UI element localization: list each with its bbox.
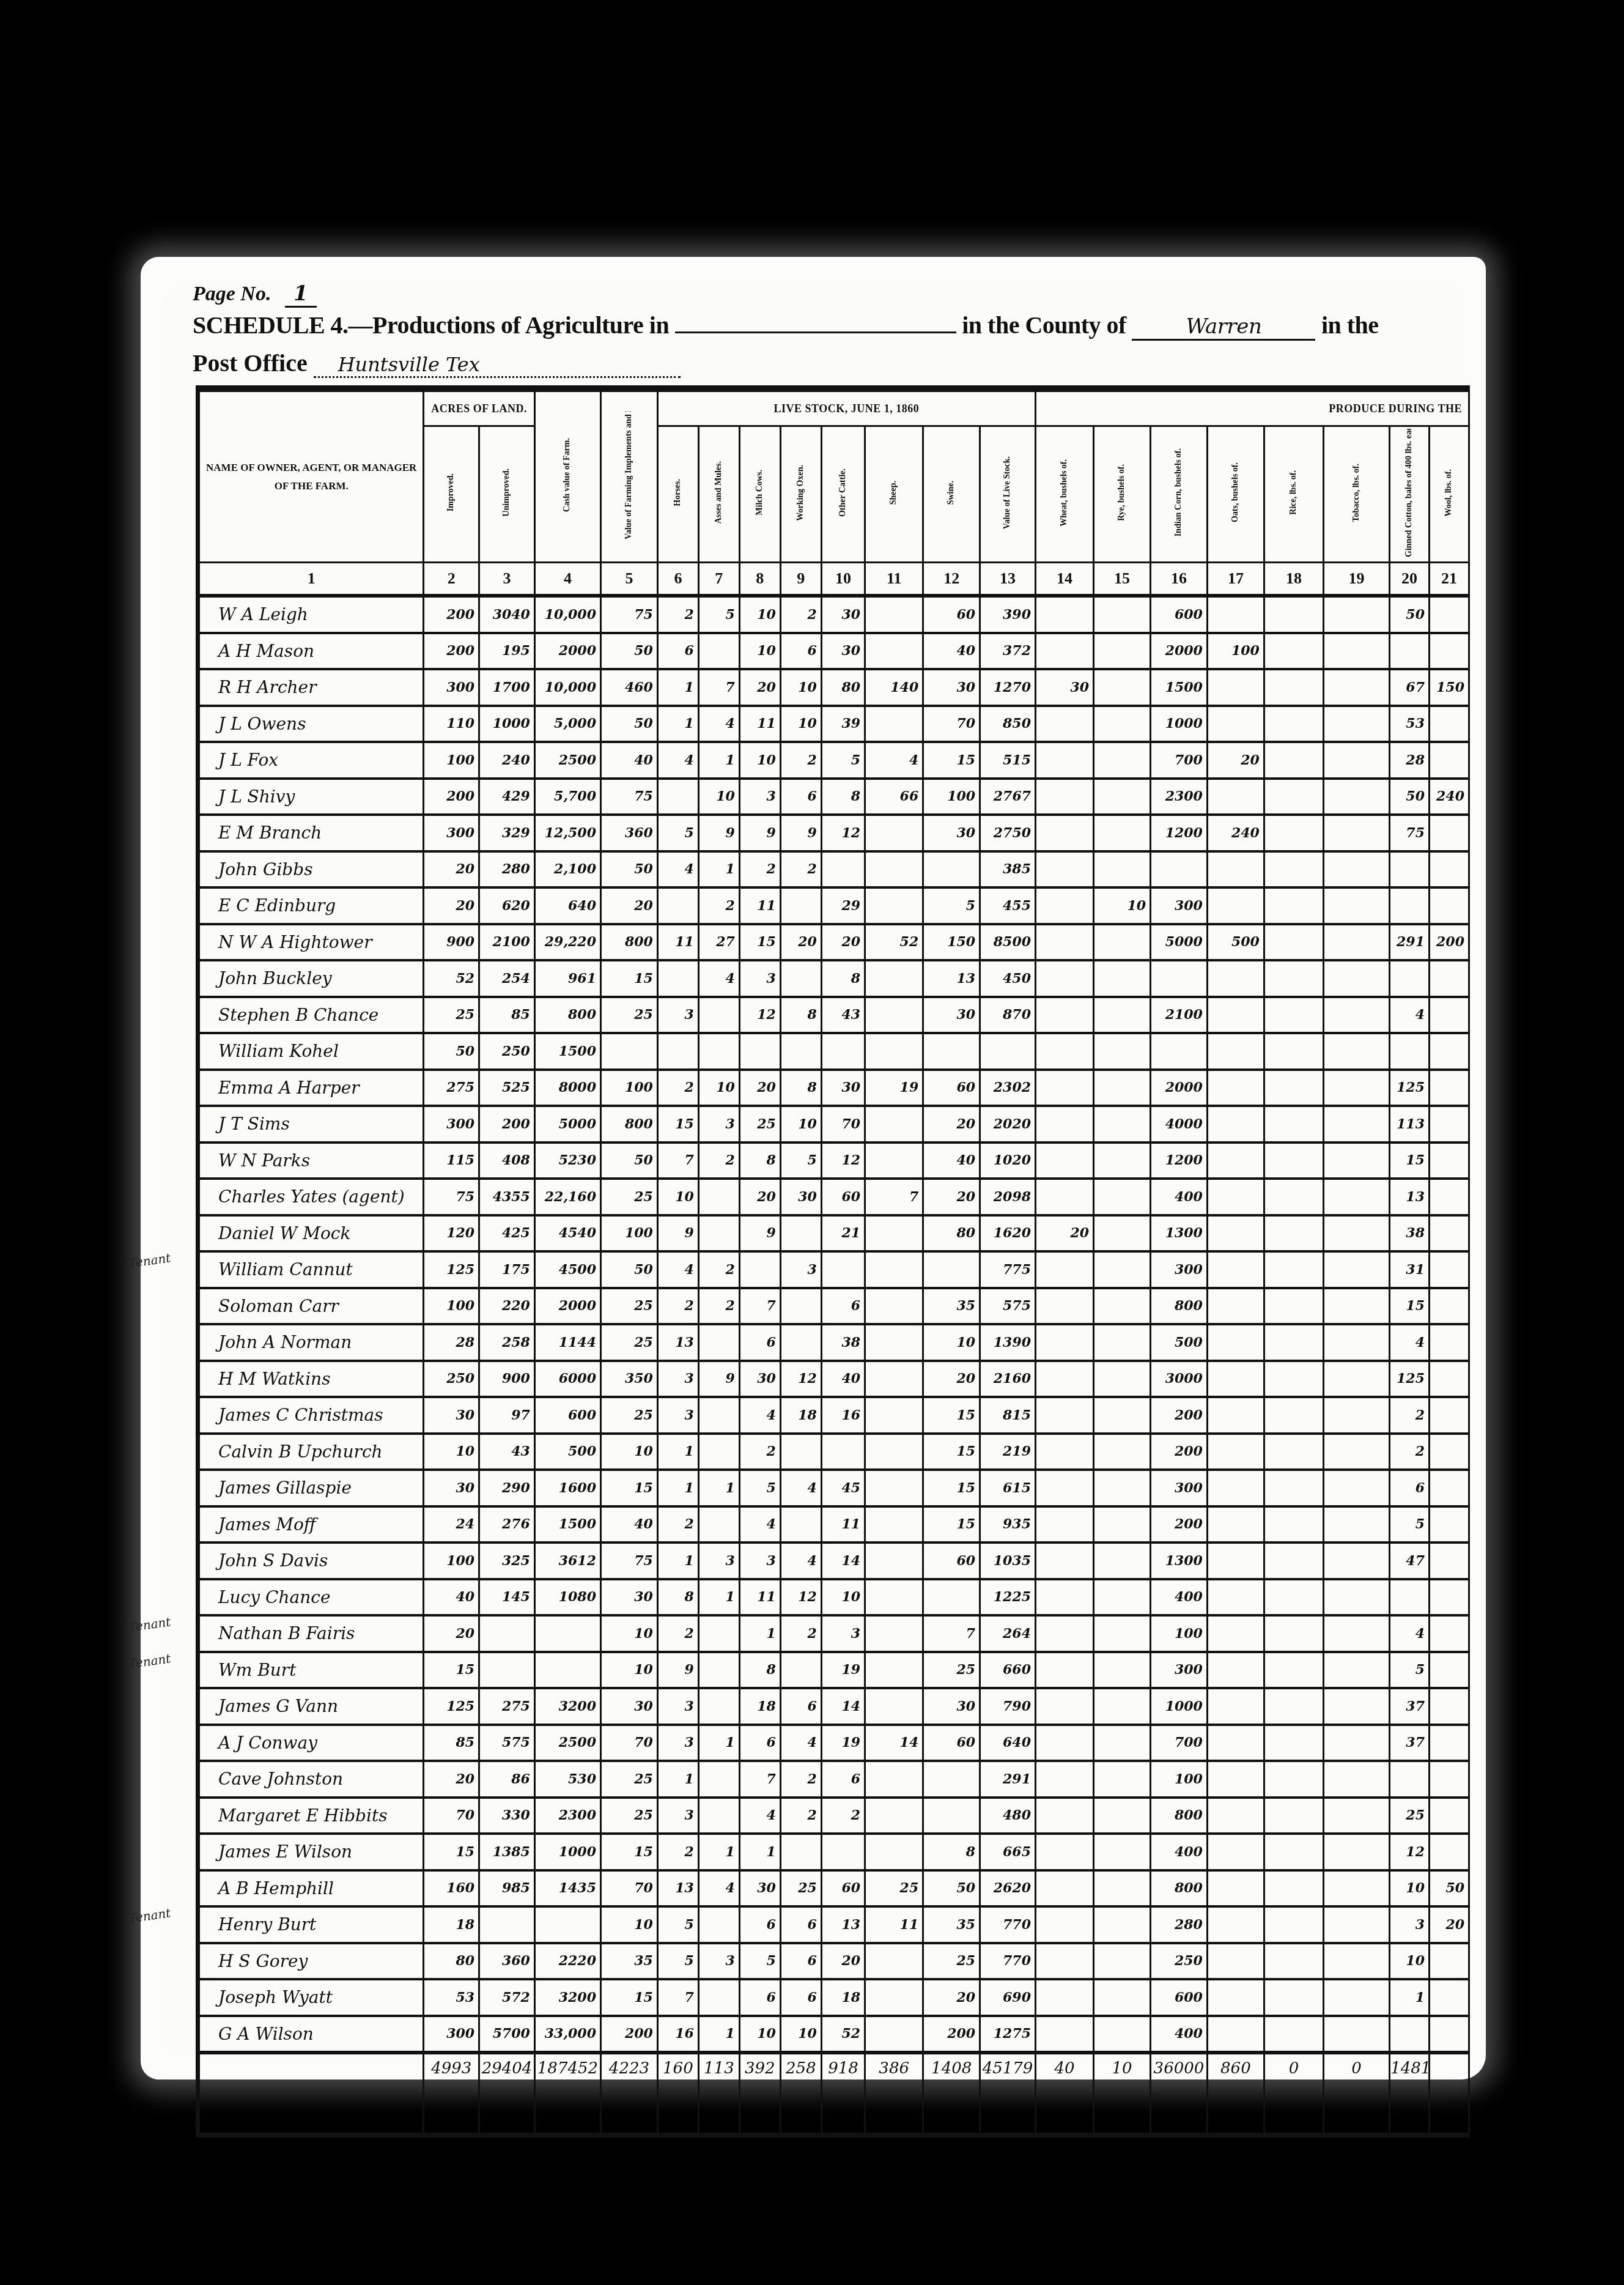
cell-col-20: 38 xyxy=(1390,1215,1430,1252)
cell-col-14 xyxy=(1036,1251,1094,1288)
cell-col-18 xyxy=(1264,669,1323,706)
owner-name-text: J L Fox xyxy=(218,750,278,770)
cell-col-6: 10 xyxy=(657,1179,698,1215)
cell-col-20 xyxy=(1390,633,1430,670)
cell-col-9: 10 xyxy=(780,669,821,706)
post-office-value: Huntsville Tex xyxy=(314,353,681,378)
cell-col-10: 14 xyxy=(821,1688,865,1725)
cell-col-10: 2 xyxy=(821,1798,865,1834)
cell-col-2: 40 xyxy=(424,1579,479,1616)
cell-col-5: 10 xyxy=(600,1906,657,1943)
cell-col-14 xyxy=(1036,1470,1094,1506)
header-cash-value: Cash value of Farm. xyxy=(534,391,600,563)
cell-col-5: 35 xyxy=(600,1943,657,1980)
cell-col-8: 30 xyxy=(739,1870,780,1907)
cell-col-13: 870 xyxy=(980,997,1036,1034)
table-row: 30Wm Burt15109819256603005 xyxy=(199,1652,1469,1689)
cell-col-8: 15 xyxy=(739,924,780,961)
cell-col-13: 2620 xyxy=(980,1870,1036,1907)
county-value: Warren xyxy=(1132,314,1315,341)
cell-col-4: 4540 xyxy=(534,1215,600,1252)
owner-name-text: E M Branch xyxy=(218,823,322,843)
cell-col-11: 25 xyxy=(865,1870,923,1907)
cell-col-18 xyxy=(1264,1798,1323,1834)
cell-col-16: 400 xyxy=(1151,1179,1208,1215)
cell-col-13: 815 xyxy=(980,1397,1036,1434)
cell-col-3: 4355 xyxy=(479,1179,535,1215)
cell-col-18 xyxy=(1264,1033,1323,1070)
owner-name-text: James C Christmas xyxy=(218,1405,383,1425)
cell-col-7: 1 xyxy=(698,742,739,779)
cell-col-6: 7 xyxy=(657,1979,698,2016)
cell-col-3 xyxy=(479,1906,535,1943)
cell-col-15 xyxy=(1094,1361,1151,1398)
cell-col-8: 20 xyxy=(739,669,780,706)
table-row: 1W A Leigh200304010,00075251023060390600… xyxy=(199,596,1469,633)
cell-col-17 xyxy=(1207,1215,1264,1252)
cell-col-20: 53 xyxy=(1390,706,1430,743)
cell-col-10: 10 xyxy=(821,1579,865,1616)
owner-name-text: John S Davis xyxy=(218,1550,328,1571)
page-number-line: Page No. 1 xyxy=(193,281,317,306)
cell-col-16: 800 xyxy=(1151,1798,1208,1834)
owner-name: 4J L Owens xyxy=(199,706,424,743)
cell-col-12: 100 xyxy=(923,779,980,815)
cell-col-10 xyxy=(821,1251,865,1288)
cell-col-19 xyxy=(1324,706,1390,743)
cell-col-11 xyxy=(865,1033,923,1070)
cell-col-12: 15 xyxy=(923,1434,980,1470)
totals-row: 4993294041874524223160113392258918386140… xyxy=(199,2053,1469,2135)
cell-col-4: 5000 xyxy=(534,1106,600,1142)
column-number: 6 xyxy=(657,563,698,596)
cell-col-19 xyxy=(1324,1106,1390,1142)
cell-col-9: 4 xyxy=(780,1725,821,1761)
cell-col-13: 390 xyxy=(980,596,1036,633)
column-number: 14 xyxy=(1036,563,1094,596)
total-col-7: 113 xyxy=(698,2053,739,2135)
cell-col-11 xyxy=(865,2016,923,2053)
cell-col-7 xyxy=(698,997,739,1034)
cell-col-10: 12 xyxy=(821,1142,865,1179)
cell-col-11 xyxy=(865,1288,923,1325)
cell-col-5: 25 xyxy=(600,1761,657,1798)
cell-col-4: 800 xyxy=(534,997,600,1034)
cell-col-16: 280 xyxy=(1151,1906,1208,1943)
cell-col-16: 300 xyxy=(1151,1251,1208,1288)
cell-col-9: 6 xyxy=(780,633,821,670)
cell-col-15 xyxy=(1094,596,1151,633)
cell-col-2: 200 xyxy=(424,779,479,815)
cell-col-21 xyxy=(1429,1798,1469,1834)
total-col-21 xyxy=(1429,2053,1469,2135)
cell-col-14 xyxy=(1036,742,1094,779)
cell-col-21 xyxy=(1429,1834,1469,1870)
cell-col-5: 800 xyxy=(600,1106,657,1142)
cell-col-16: 1000 xyxy=(1151,706,1208,743)
table-row: 2A H Mason200195200050610630403722000100 xyxy=(199,633,1469,670)
cell-col-4: 5230 xyxy=(534,1142,600,1179)
cell-col-14 xyxy=(1036,1288,1094,1325)
cell-col-18 xyxy=(1264,742,1323,779)
cell-col-9: 10 xyxy=(780,706,821,743)
census-sheet: Page No. 1 SCHEDULE 4.—Productions of Ag… xyxy=(141,257,1486,2079)
cell-col-11 xyxy=(865,1215,923,1252)
cell-col-4: 2,100 xyxy=(534,851,600,888)
cell-col-8: 4 xyxy=(739,1506,780,1543)
cell-col-4: 4500 xyxy=(534,1251,600,1288)
cell-col-8: 5 xyxy=(739,1470,780,1506)
cell-col-21 xyxy=(1429,1397,1469,1434)
cell-col-13: 665 xyxy=(980,1834,1036,1870)
cell-col-17 xyxy=(1207,1324,1264,1361)
cell-col-18 xyxy=(1264,1979,1323,2016)
cell-col-21 xyxy=(1429,1070,1469,1106)
cell-col-9: 8 xyxy=(780,1070,821,1106)
owner-name: 2A H Mason xyxy=(199,633,424,670)
cell-col-5: 70 xyxy=(600,1870,657,1907)
cell-col-9: 4 xyxy=(780,1542,821,1579)
cell-col-8: 10 xyxy=(739,596,780,633)
table-row: 8John Gibbs202802,100504122385 xyxy=(199,851,1469,888)
cell-col-6: 1 xyxy=(657,1542,698,1579)
cell-col-6: 3 xyxy=(657,1361,698,1398)
owner-name: 6J L Shivy xyxy=(199,779,424,815)
cell-col-7: 4 xyxy=(698,1870,739,1907)
cell-col-9: 2 xyxy=(780,1798,821,1834)
cell-col-16: 400 xyxy=(1151,1834,1208,1870)
cell-col-3: 620 xyxy=(479,887,535,924)
total-col-11: 386 xyxy=(865,2053,923,2135)
cell-col-5: 50 xyxy=(600,1251,657,1288)
cell-col-20: 25 xyxy=(1390,1798,1430,1834)
cell-col-20: 13 xyxy=(1390,1179,1430,1215)
state-label: in the xyxy=(1321,311,1379,339)
table-row: 16W N Parks11540852305072851240102012001… xyxy=(199,1142,1469,1179)
owner-name-text: John Buckley xyxy=(218,968,332,988)
cell-col-17 xyxy=(1207,1397,1264,1434)
owner-name-text: Cave Johnston xyxy=(218,1769,343,1789)
cell-col-20: 12 xyxy=(1390,1834,1430,1870)
cell-col-15 xyxy=(1094,669,1151,706)
total-col-8: 392 xyxy=(739,2053,780,2135)
cell-col-3: 43 xyxy=(479,1434,535,1470)
header-implements-value: Value of Farming Implements and Machiner… xyxy=(600,391,657,563)
cell-col-18 xyxy=(1264,1906,1323,1943)
cell-col-19 xyxy=(1324,1798,1390,1834)
cell-col-8: 30 xyxy=(739,1361,780,1398)
table-row: 4J L Owens11010005,000501411103970850100… xyxy=(199,706,1469,743)
cell-col-6: 5 xyxy=(657,1943,698,1980)
cell-col-19 xyxy=(1324,633,1390,670)
cell-col-4: 8000 xyxy=(534,1070,600,1106)
cell-col-10: 8 xyxy=(821,960,865,997)
header-other-cattle: Other Cattle. xyxy=(821,426,865,563)
cell-col-17 xyxy=(1207,1470,1264,1506)
owner-name: 16W N Parks xyxy=(199,1142,424,1179)
cell-col-15 xyxy=(1094,742,1151,779)
cell-col-2: 115 xyxy=(424,1142,479,1179)
cell-col-6: 1 xyxy=(657,706,698,743)
cell-col-20: 125 xyxy=(1390,1070,1430,1106)
cell-col-21: 200 xyxy=(1429,924,1469,961)
cell-col-5: 15 xyxy=(600,1470,657,1506)
cell-col-17 xyxy=(1207,1106,1264,1142)
column-number: 19 xyxy=(1324,563,1390,596)
cell-col-9 xyxy=(780,1506,821,1543)
post-office-label: Post Office xyxy=(193,349,308,377)
cell-col-12: 40 xyxy=(923,1142,980,1179)
table-row: 39Joseph Wyatt5357232001576618206906001 xyxy=(199,1979,1469,2016)
total-col-12: 1408 xyxy=(923,2053,980,2135)
cell-col-19 xyxy=(1324,1943,1390,1980)
cell-col-21 xyxy=(1429,1542,1469,1579)
cell-col-20: 1 xyxy=(1390,1979,1430,2016)
cell-col-11 xyxy=(865,1834,923,1870)
cell-col-18 xyxy=(1264,1324,1323,1361)
cell-col-14 xyxy=(1036,1688,1094,1725)
cell-col-2: 100 xyxy=(424,742,479,779)
cell-col-4: 1435 xyxy=(534,1870,600,1907)
cell-col-21 xyxy=(1429,1979,1469,2016)
cell-col-8 xyxy=(739,1033,780,1070)
cell-col-2: 20 xyxy=(424,1761,479,1798)
cell-col-6: 1 xyxy=(657,1761,698,1798)
cell-col-15 xyxy=(1094,1652,1151,1689)
cell-col-9: 2 xyxy=(780,742,821,779)
cell-col-5: 360 xyxy=(600,815,657,851)
total-col-19: 0 xyxy=(1324,2053,1390,2135)
cell-col-6: 11 xyxy=(657,924,698,961)
cell-col-6 xyxy=(657,960,698,997)
cell-col-9: 8 xyxy=(780,997,821,1034)
cell-col-18 xyxy=(1264,1470,1323,1506)
cell-col-11 xyxy=(865,815,923,851)
cell-col-12: 50 xyxy=(923,1870,980,1907)
cell-col-17 xyxy=(1207,1542,1264,1579)
cell-col-15 xyxy=(1094,1506,1151,1543)
cell-col-10: 30 xyxy=(821,596,865,633)
cell-col-9: 2 xyxy=(780,851,821,888)
cell-col-17 xyxy=(1207,997,1264,1034)
table-row: 15J T Sims300200500080015325107020202040… xyxy=(199,1106,1469,1142)
table-row: 14Emma A Harper2755258000100210208301960… xyxy=(199,1070,1469,1106)
cell-col-18 xyxy=(1264,1142,1323,1179)
cell-col-3: 572 xyxy=(479,1979,535,2016)
cell-col-3: 1000 xyxy=(479,706,535,743)
cell-col-13: 385 xyxy=(980,851,1036,888)
cell-col-10: 16 xyxy=(821,1397,865,1434)
cell-col-3: 97 xyxy=(479,1397,535,1434)
cell-col-20: 5 xyxy=(1390,1506,1430,1543)
margin-note: Tenant xyxy=(128,1651,172,1671)
cell-col-15: 10 xyxy=(1094,887,1151,924)
cell-col-19 xyxy=(1324,669,1390,706)
cell-col-5: 15 xyxy=(600,1834,657,1870)
cell-col-18 xyxy=(1264,1251,1323,1288)
cell-col-14 xyxy=(1036,1579,1094,1616)
cell-col-16: 5000 xyxy=(1151,924,1208,961)
cell-col-11 xyxy=(865,1979,923,2016)
column-number: 21 xyxy=(1429,563,1469,596)
header-sheep: Sheep. xyxy=(865,426,923,563)
cell-col-20 xyxy=(1390,2016,1430,2053)
cell-col-13: 2750 xyxy=(980,815,1036,851)
cell-col-5: 10 xyxy=(600,1652,657,1689)
cell-col-5: 50 xyxy=(600,851,657,888)
cell-col-15 xyxy=(1094,1615,1151,1652)
cell-col-14 xyxy=(1036,1179,1094,1215)
cell-col-9: 10 xyxy=(780,1106,821,1142)
cell-col-17 xyxy=(1207,2016,1264,2053)
cell-col-13: 264 xyxy=(980,1615,1036,1652)
owner-name-text: A B Hemphill xyxy=(218,1878,334,1898)
cell-col-10: 20 xyxy=(821,1943,865,1980)
header-rye: Rye, bushels of. xyxy=(1094,426,1151,563)
cell-col-3: 175 xyxy=(479,1251,535,1288)
cell-col-4: 2300 xyxy=(534,1798,600,1834)
cell-col-3 xyxy=(479,1652,535,1689)
cell-col-8: 10 xyxy=(739,2016,780,2053)
cell-col-20 xyxy=(1390,851,1430,888)
cell-col-12: 10 xyxy=(923,1324,980,1361)
owner-name: 34Margaret E Hibbits xyxy=(199,1798,424,1834)
cell-col-10: 13 xyxy=(821,1906,865,1943)
cell-col-7: 1 xyxy=(698,1834,739,1870)
cell-col-14 xyxy=(1036,1834,1094,1870)
cell-col-3: 325 xyxy=(479,1542,535,1579)
cell-col-8: 7 xyxy=(739,1288,780,1325)
cell-col-8 xyxy=(739,1251,780,1288)
cell-col-4: 2500 xyxy=(534,742,600,779)
cell-col-12: 60 xyxy=(923,596,980,633)
owner-name-text: Margaret E Hibbits xyxy=(218,1805,388,1826)
cell-col-18 xyxy=(1264,596,1323,633)
cell-col-16: 1500 xyxy=(1151,669,1208,706)
cell-col-16: 300 xyxy=(1151,887,1208,924)
column-number: 2 xyxy=(424,563,479,596)
cell-col-12: 15 xyxy=(923,1506,980,1543)
cell-col-5: 50 xyxy=(600,633,657,670)
cell-col-21 xyxy=(1429,1761,1469,1798)
cell-col-14 xyxy=(1036,1361,1094,1398)
cell-col-4 xyxy=(534,1615,600,1652)
cell-col-15 xyxy=(1094,1761,1151,1798)
cell-col-2: 160 xyxy=(424,1870,479,1907)
cell-col-6: 1 xyxy=(657,669,698,706)
cell-col-21 xyxy=(1429,1215,1469,1252)
header-rice: Rice, lbs. of. xyxy=(1264,426,1323,563)
cell-col-11: 140 xyxy=(865,669,923,706)
cell-col-2: 85 xyxy=(424,1725,479,1761)
cell-col-4: 5,000 xyxy=(534,706,600,743)
cell-col-5: 20 xyxy=(600,887,657,924)
cell-col-6: 1 xyxy=(657,1434,698,1470)
cell-col-5: 460 xyxy=(600,669,657,706)
cell-col-12: 30 xyxy=(923,997,980,1034)
cell-col-12 xyxy=(923,1033,980,1070)
cell-col-2: 100 xyxy=(424,1288,479,1325)
owner-name: 22H M Watkins xyxy=(199,1361,424,1398)
cell-col-14 xyxy=(1036,1870,1094,1907)
cell-col-8: 11 xyxy=(739,1579,780,1616)
cell-col-17 xyxy=(1207,779,1264,815)
cell-col-16: 200 xyxy=(1151,1434,1208,1470)
cell-col-21 xyxy=(1429,1251,1469,1288)
cell-col-10: 40 xyxy=(821,1361,865,1398)
table-row: 3R H Archer300170010,0004601720108014030… xyxy=(199,669,1469,706)
header-cotton: Ginned Cotton, bales of 400 lbs. each. xyxy=(1390,426,1430,563)
cell-col-20: 3 xyxy=(1390,1906,1430,1943)
cell-col-16: 2000 xyxy=(1151,633,1208,670)
cell-col-6: 8 xyxy=(657,1579,698,1616)
cell-col-7 xyxy=(698,633,739,670)
cell-col-8: 6 xyxy=(739,1906,780,1943)
owner-name: 21John A Norman xyxy=(199,1324,424,1361)
cell-col-12: 25 xyxy=(923,1943,980,1980)
cell-col-17 xyxy=(1207,1142,1264,1179)
cell-col-21 xyxy=(1429,997,1469,1034)
cell-col-15 xyxy=(1094,1470,1151,1506)
cell-col-14 xyxy=(1036,1652,1094,1689)
table-row: 9E C Edinburg206206402021129545510300 xyxy=(199,887,1469,924)
cell-col-15 xyxy=(1094,1943,1151,1980)
cell-col-13: 850 xyxy=(980,706,1036,743)
table-row: 29Nathan B Fairis2010212372641004 xyxy=(199,1615,1469,1652)
total-col-3: 29404 xyxy=(479,2053,535,2135)
cell-col-18 xyxy=(1264,1688,1323,1725)
cell-col-12: 15 xyxy=(923,1470,980,1506)
cell-col-4: 6000 xyxy=(534,1361,600,1398)
cell-col-18 xyxy=(1264,1288,1323,1325)
cell-col-2: 30 xyxy=(424,1470,479,1506)
cell-col-4: 600 xyxy=(534,1397,600,1434)
cell-col-18 xyxy=(1264,851,1323,888)
owner-name-text: Joseph Wyatt xyxy=(218,1987,333,2007)
cell-col-13: 2302 xyxy=(980,1070,1036,1106)
header-improved: Improved. xyxy=(424,426,479,563)
cell-col-14 xyxy=(1036,596,1094,633)
cell-col-11 xyxy=(865,1361,923,1398)
table-row: 22H M Watkins250900600035039301240202160… xyxy=(199,1361,1469,1398)
cell-col-2: 18 xyxy=(424,1906,479,1943)
cell-col-2: 125 xyxy=(424,1688,479,1725)
cell-col-12: 60 xyxy=(923,1542,980,1579)
owner-name-text: William Kohel xyxy=(218,1041,339,1061)
cell-col-7 xyxy=(698,1906,739,1943)
cell-col-17 xyxy=(1207,1761,1264,1798)
cell-col-17 xyxy=(1207,1652,1264,1689)
cell-col-9 xyxy=(780,887,821,924)
column-number: 4 xyxy=(534,563,600,596)
cell-col-14 xyxy=(1036,1615,1094,1652)
cell-col-15 xyxy=(1094,960,1151,997)
cell-col-15 xyxy=(1094,1070,1151,1106)
cell-col-3: 85 xyxy=(479,997,535,1034)
owner-name: 30Wm Burt xyxy=(199,1652,424,1689)
cell-col-9: 2 xyxy=(780,1615,821,1652)
cell-col-7: 2 xyxy=(698,1288,739,1325)
cell-col-14 xyxy=(1036,1434,1094,1470)
cell-col-10: 60 xyxy=(821,1870,865,1907)
table-row: 7E M Branch30032912,50036059991230275012… xyxy=(199,815,1469,851)
cell-col-3: 258 xyxy=(479,1324,535,1361)
cell-col-16: 200 xyxy=(1151,1506,1208,1543)
cell-col-11 xyxy=(865,960,923,997)
cell-col-13: 2020 xyxy=(980,1106,1036,1142)
cell-col-2: 53 xyxy=(424,1979,479,2016)
owner-name-text: John A Norman xyxy=(218,1332,352,1352)
